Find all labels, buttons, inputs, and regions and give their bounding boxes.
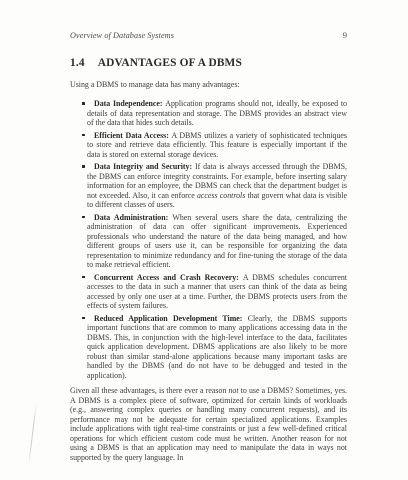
advantage-term: Data Administration: [94, 213, 172, 222]
bullet-square-icon [82, 276, 85, 279]
advantage-item: Concurrent Access and Crash Recovery: A … [70, 273, 347, 311]
advantages-list: Data Independence: Application programs … [70, 99, 347, 380]
running-header: Overview of Database Systems [70, 31, 174, 41]
scan-crease-artifact [28, 402, 37, 466]
closing-paragraph: Given all these advantages, is there eve… [70, 386, 347, 462]
section-number: 1.4 [70, 57, 85, 70]
page-content: Overview of Database Systems 9 1.4ADVANT… [70, 30, 347, 462]
bullet-square-icon [82, 134, 85, 137]
section-title: ADVANTAGES OF A DBMS [98, 57, 242, 69]
advantage-term: Data Integrity and Security: [94, 162, 195, 171]
advantage-term: Reduced Application Development Time: [94, 314, 248, 323]
advantage-term: Concurrent Access and Crash Recovery: [94, 273, 243, 282]
advantage-text: access controls [197, 191, 245, 200]
bullet-square-icon [82, 165, 85, 168]
advantage-term: Efficient Data Access: [94, 131, 171, 140]
advantage-item: Reduced Application Development Time: Cl… [70, 314, 347, 381]
page-number: 9 [343, 30, 347, 40]
advantage-item: Data Administration: When several users … [70, 213, 347, 270]
intro-sentence: Using a DBMS to manage data has many adv… [70, 80, 347, 90]
closing-text: Given all these advantages, is there eve… [70, 386, 228, 395]
advantage-item: Data Integrity and Security: If data is … [70, 162, 347, 210]
book-page: Overview of Database Systems 9 1.4ADVANT… [0, 0, 408, 480]
closing-text: to use a DBMS? Sometimes, yes. A DBMS is… [70, 386, 347, 462]
page-header: Overview of Database Systems 9 [70, 30, 347, 41]
bullet-square-icon [82, 102, 85, 105]
advantage-term: Data Independence: [94, 99, 165, 108]
advantage-text: Clearly, the DBMS supports important fun… [87, 314, 347, 380]
bullet-square-icon [82, 216, 85, 219]
advantage-item: Efficient Data Access: A DBMS utilizes a… [70, 131, 347, 160]
bullet-square-icon [82, 317, 85, 320]
advantage-item: Data Independence: Application programs … [70, 99, 347, 128]
section-heading: 1.4ADVANTAGES OF A DBMS [70, 57, 347, 70]
closing-text: not [228, 386, 238, 395]
